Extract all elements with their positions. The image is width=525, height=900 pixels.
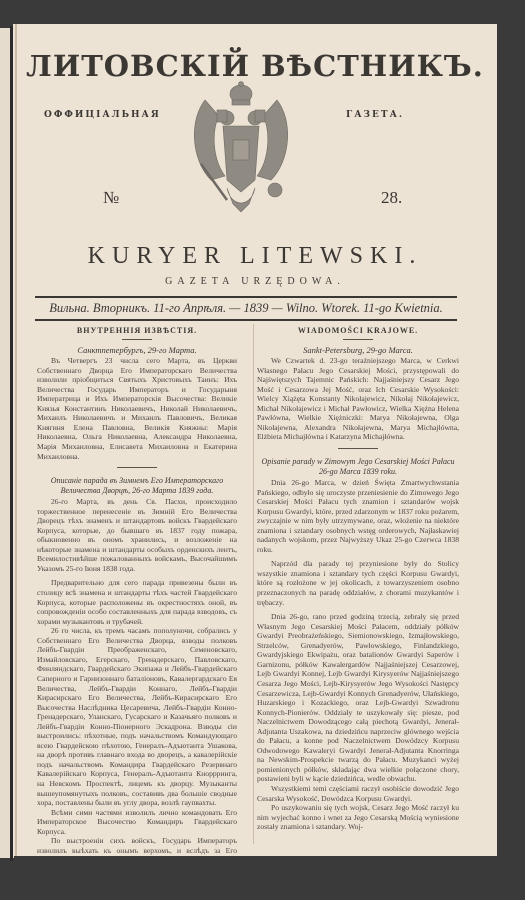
article-paragraph: Предварительно для сего парада привезены…	[37, 578, 237, 626]
section-rule	[343, 339, 373, 340]
article-heading: Описаніе парада въ Зимнемъ Его Император…	[37, 476, 237, 496]
article-paragraph: We Czwartek d. 23-go teraźniejszego Marc…	[257, 356, 459, 442]
subtitle-polish: GAZETA URZĘDOWA.	[13, 276, 497, 287]
page-fold-line	[15, 24, 17, 856]
subtitle-official: ОФФИЦІАЛЬНАЯ	[44, 110, 161, 120]
article-paragraph: По выстроеніи сихъ войскъ, Государь Импе…	[37, 836, 237, 856]
column-polish: WIADOMOŚCI KRAJOWE. Sankt-Petersburg, 29…	[257, 326, 459, 832]
dateline-top-rule	[35, 296, 457, 298]
article-heading: Opisanie parady w Zimowym Jego Cesarskie…	[257, 457, 459, 477]
issue-dateline: Вильна. Вторникъ. 11-го Апрѣля. — 1839 —…	[35, 301, 457, 316]
article-paragraph: Въ Четвергъ 23 числа сего Марта, въ Церк…	[37, 356, 237, 461]
article-separator	[338, 448, 378, 449]
dateline-bottom-rule	[35, 319, 457, 321]
place-date: Sankt-Petersburg, 29-go Marca.	[257, 346, 459, 356]
subtitle-gazette: ГАЗЕТА.	[346, 110, 404, 120]
place-date: Санктпетербургъ, 29-го Марта.	[37, 346, 237, 356]
article-paragraph: Po uszykowaniu się tych wojsk, Cesarz Je…	[257, 803, 459, 832]
article-paragraph: 26-го Марта, въ день Св. Пасхи, происход…	[37, 497, 237, 573]
section-title: WIADOMOŚCI KRAJOWE.	[257, 326, 459, 336]
section-title: ВНУТРЕННІЯ ИЗВѢСТІЯ.	[37, 326, 237, 336]
masthead-title-russian: ЛИТОВСКІЙ ВѢСТНИКЪ.	[13, 49, 497, 83]
issue-number-label: №	[103, 188, 119, 208]
article-paragraph: Dnia 26-go, rano przed godziną trzecią, …	[257, 612, 459, 784]
article-paragraph: Wszystkiemi temi częściami raczył osobiś…	[257, 784, 459, 803]
article-paragraph: Naprzód dla parady tej przyniesione były…	[257, 559, 459, 607]
article-separator	[117, 467, 157, 468]
article-paragraph: Всѣми сими частями изволилъ лично команд…	[37, 808, 237, 837]
masthead-title-polish: KURYER LITEWSKI.	[13, 243, 497, 270]
column-divider	[253, 324, 254, 844]
double-headed-eagle-icon	[185, 80, 297, 220]
section-rule	[122, 339, 152, 340]
newspaper-page: ЛИТОВСКІЙ ВѢСТНИКЪ. ОФФИЦІАЛЬНАЯ ГАЗЕТА.…	[13, 24, 497, 856]
column-russian: ВНУТРЕННІЯ ИЗВѢСТІЯ. Санктпетербургъ, 29…	[37, 326, 237, 856]
article-paragraph: 26 го числа, къ тремъ часамъ пополуночи,…	[37, 626, 237, 807]
article-paragraph: Dnia 26-go Marca, w dzień Święta Zmartwy…	[257, 478, 459, 554]
issue-number: 28.	[381, 188, 402, 208]
